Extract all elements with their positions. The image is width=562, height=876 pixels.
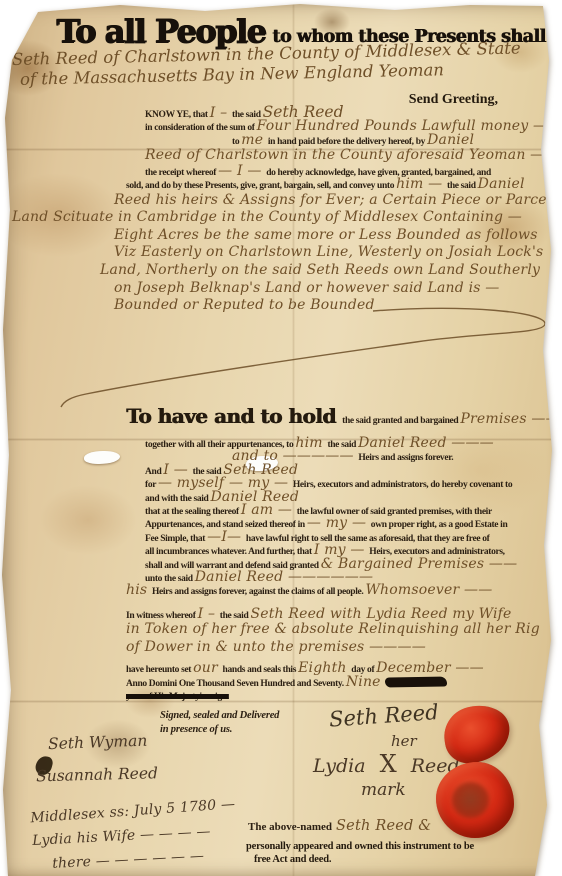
handwritten-text: Land Scituate in Cambridge in the County… [12,209,522,225]
handwritten-text: Daniel [478,176,525,192]
handwritten-text: in Token of her free & absolute Relinqui… [126,621,540,637]
header-section: To all Peopleto whom these Presents shal… [12,12,556,108]
document-line: Land, Northerly on the said Seth Reeds o… [12,261,558,279]
printed-text: year of His Majesty's reign. [126,692,229,702]
lydia-name: Lydia [313,755,366,777]
printed-text: Heirs and assigns forever, against the c… [152,587,366,597]
document-line: that at the sealing thereof I am — the l… [12,503,558,516]
document-line: have hereunto set our hands and seals th… [12,661,558,674]
document-line: and with the said Daniel Reed [12,490,558,503]
document-line: on Joseph Belknap's Land or however said… [12,279,558,297]
handwritten-text: Viz Easterly on Charlstown Line, Westerl… [114,244,543,260]
printed-text: all incumbrances whatever. And further, … [145,547,314,557]
document-line: sold, and do by these Presents, give, gr… [12,177,558,190]
handwritten-text: Premises ——— [460,411,562,427]
document-line: Fee Simple, that —I— have lawful right t… [12,530,558,543]
handwritten-text: on Joseph Belknap's Land or however said… [114,280,499,296]
document-line: and to ————— Heirs and assigns forever. [12,449,558,462]
document-line: Reed his heirs & Assigns for Ever; a Cer… [12,191,558,209]
x-mark: X [380,750,397,778]
document-line: To have and to hold the said granted and… [12,404,558,428]
printed-text: Heirs and assigns forever. [358,453,453,463]
document-line: Land Scituate in Cambridge in the County… [12,208,558,226]
acknowledgment-block: personally appeared and owned this instr… [246,840,546,866]
printed-text: for [145,480,158,490]
document-line: in consideration of the sum of Four Hund… [12,119,558,132]
paper-sheet-wrapper: To all Peopleto whom these Presents shal… [0,0,562,876]
document-line: Viz Easterly on Charlstown Line, Westerl… [12,243,558,261]
handwritten-text: Whomsoever —— [365,582,492,598]
document-line: And I — the said Seth Reed [12,463,558,476]
document-line: the receipt whereof — I — do hereby ackn… [12,164,558,177]
handwritten-text: Eighth [298,660,351,676]
lower-body: To have and to hold the said granted and… [12,404,558,734]
printed-text: in consideration of the sum of [145,123,257,133]
handwritten-text: Seth Wyman [48,732,148,753]
handwritten-text: Reed his heirs & Assigns for Ever; a Cer… [114,192,562,208]
ink-blot [385,676,447,687]
printed-text: Signed, sealed and Delivered [160,710,279,721]
printed-text: personally appeared and owned this instr… [246,840,546,853]
handwritten-text: Nine [346,674,385,690]
document-line: KNOW YE, that I – the said Seth Reed [12,106,558,119]
printed-text: hands and seals this [223,665,299,675]
handwritten-text: our [193,660,222,676]
witness-clause: In witness whereof I – the said Seth Ree… [12,607,558,656]
document-line: in Token of her free & absolute Relinqui… [12,620,558,638]
printed-text: have hereunto set [126,665,193,675]
document-line: In witness whereof I – the said Seth Ree… [12,607,558,620]
handwritten-text: Land, Northerly on the said Seth Reeds o… [100,262,540,278]
document-line: together with all their appurtenances, t… [12,436,558,449]
space-filler-flourish [18,303,550,409]
execution-clause: have hereunto set our hands and seals th… [12,661,558,701]
handwritten-text: Eight Acres be the same more or Less Bou… [114,227,538,243]
scanned-deed-screenshot: { "colors": { "paper": "#e8d6ae", "print… [0,0,562,876]
document-line: Reed of Charlstown in the County aforesa… [12,146,558,164]
printed-text: the said [447,181,478,191]
document-line: all incumbrances whatever. And further, … [12,543,558,556]
document-line: his Heirs and assigns forever, against t… [12,583,558,596]
handwritten-text: his [126,582,152,598]
printed-text: The above-named [248,821,332,833]
document-line: Eight Acres be the same more or Less Bou… [12,226,558,244]
handwritten-text: — my — [307,515,371,531]
handwritten-text: Four Hundred Pounds Lawfull money — [257,118,548,134]
printed-text: To have and to hold [126,404,342,428]
handwritten-text: of Dower in & unto the premises ———— [126,639,426,655]
document-line: Susannah Reed [30,748,301,791]
habendum-clause: To have and to hold the said granted and… [12,404,558,597]
red-wax-seal-bottom [436,762,514,838]
paper-sheet: To all Peopleto whom these Presents shal… [0,0,562,876]
handwritten-text: Reed of Charlstown in the County aforesa… [145,147,559,163]
document-line: Appurtenances, and stand seized thereof … [12,516,558,529]
above-named-line: The above-named Seth Reed & [248,817,431,835]
document-line: of Dower in & unto the premises ———— [12,638,558,656]
printed-text: own proper right, as a good Estate in [371,520,508,530]
granting-clause: KNOW YE, that I – the said Seth Reedin c… [12,106,558,314]
document-line: to me in hand paid before the delivery h… [12,133,558,146]
printed-text: the said granted and bargained [342,416,460,426]
document-line: shall and will warrant and defend said g… [12,557,558,570]
handwritten-text: Seth Reed & [336,818,431,834]
document-line: Anno Domini One Thousand Seven Hundred a… [12,675,558,688]
printed-text: Heirs, executors and administrators, do … [293,480,512,490]
document-line: for — myself — my — Heirs, executors and… [12,476,558,489]
printed-text: sold, and do by these Presents, give, gr… [126,181,396,191]
handwritten-text: him — [396,176,447,192]
handwritten-text: Susannah Reed [36,764,158,785]
handwritten-text: December —— [376,660,484,676]
printed-text: free Act and deed. [246,853,546,866]
handwritten-text: there — — — — — — [52,848,205,872]
